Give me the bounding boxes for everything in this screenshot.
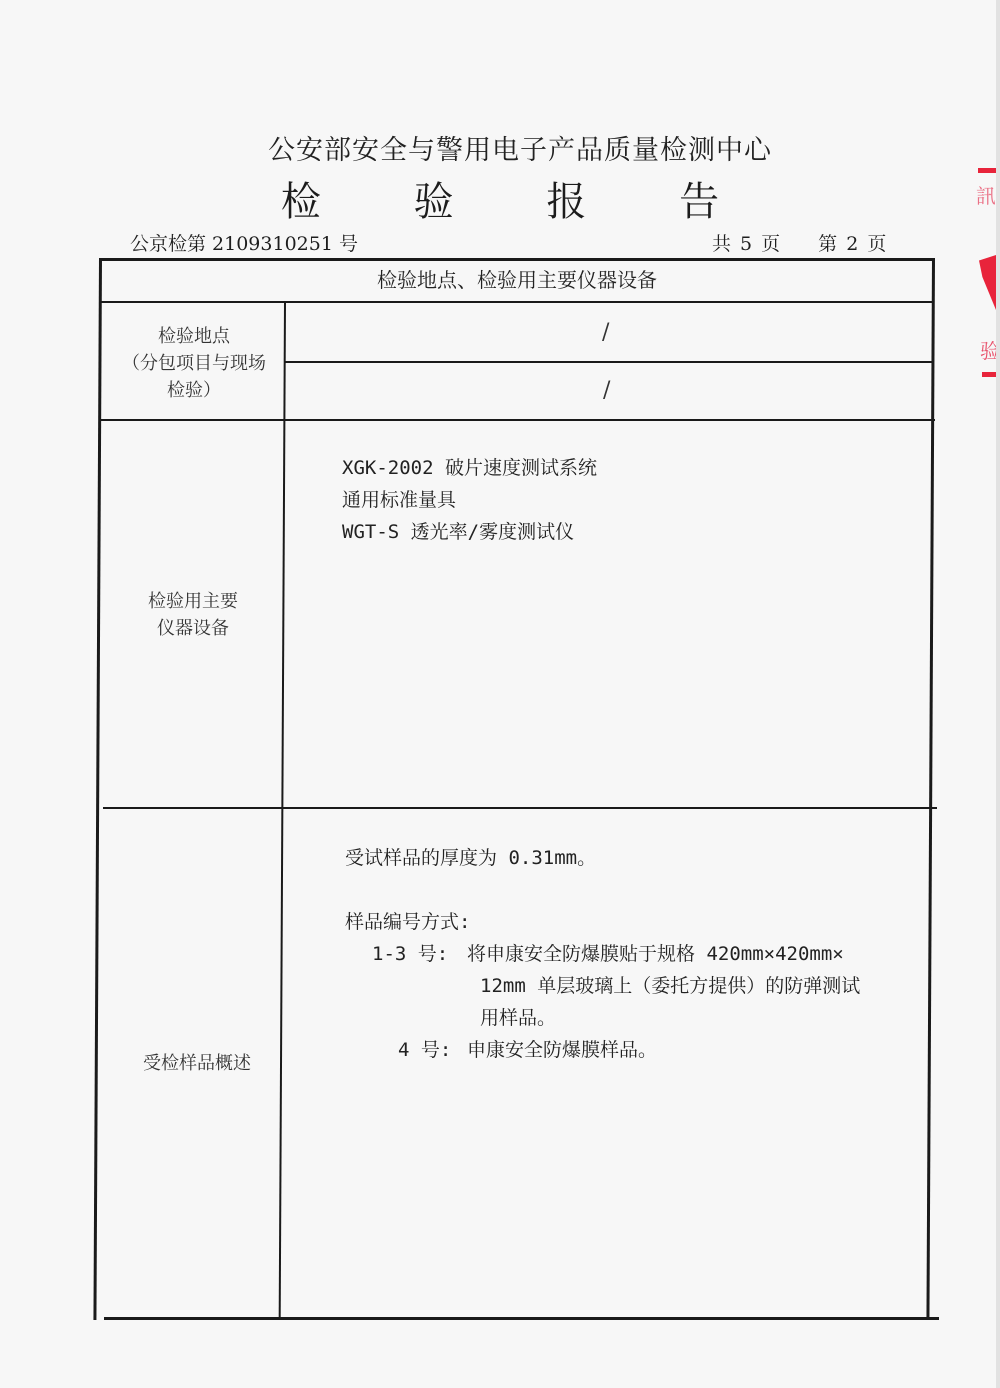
page-info: 共 5 页第 2 页 <box>712 229 924 256</box>
section-title-divider <box>100 301 934 303</box>
stamp-bar-bottom <box>982 372 996 377</box>
page-edge <box>996 0 1000 1388</box>
current-page: 第 2 页 <box>818 233 886 255</box>
total-pages: 共 5 页 <box>712 233 780 255</box>
entry-number: 4 号: <box>398 1034 451 1066</box>
table-border-right <box>926 258 935 1320</box>
section-title: 检验地点、检验用主要仪器设备 <box>100 267 934 294</box>
column-divider <box>279 302 286 1319</box>
equipment-label: 检验用主要 仪器设备 <box>102 588 284 642</box>
equipment-item: 通用标准量具 <box>342 484 597 516</box>
location-value-1: / <box>602 320 609 345</box>
entry-line: 12mm 单层玻璃上（委托方提供）的防弹测试 <box>480 970 860 1002</box>
table-border-bottom <box>104 1317 939 1320</box>
location-row-divider <box>285 361 934 363</box>
sample-overview-content: 受试样品的厚度为 0.31mm。 样品编号方式: 1-3 号: 将申康安全防爆膜… <box>345 842 596 1066</box>
row-divider-2 <box>103 807 937 809</box>
entry-number: 1-3 号: <box>372 938 448 970</box>
row-divider-1 <box>101 419 935 421</box>
entry-line: 将申康安全防爆膜贴于规格 420mm×420mm× <box>467 938 844 970</box>
stamp-star <box>979 255 996 310</box>
report-number: 公京检第 2109310251 号 <box>130 229 358 256</box>
numbering-title: 样品编号方式: <box>345 906 596 938</box>
document-title: 检 验 报 告 <box>0 170 1000 227</box>
entry-line: 申康安全防爆膜样品。 <box>467 1034 657 1066</box>
organization-name: 公安部安全与警用电子产品质量检测中心 <box>0 128 1000 167</box>
equipment-item: WGT-S 透光率/雾度测试仪 <box>342 516 597 548</box>
sample-overview-label: 受检样品概述 <box>106 1050 288 1077</box>
inspection-location-label: 检验地点 （分包项目与现场 检验） <box>104 323 284 404</box>
equipment-list: XGK-2002 破片速度测试系统 通用标准量具 WGT-S 透光率/雾度测试仪 <box>342 452 597 548</box>
sample-thickness: 受试样品的厚度为 0.31mm。 <box>345 842 596 874</box>
table-border-top <box>99 258 934 261</box>
table-border-left <box>93 258 102 1320</box>
entry-line: 用样品。 <box>480 1002 556 1034</box>
equipment-item: XGK-2002 破片速度测试系统 <box>342 452 597 484</box>
stamp-bar-top <box>978 168 996 173</box>
stamp-character: 訊 <box>976 180 996 209</box>
location-value-2: / <box>603 378 610 403</box>
